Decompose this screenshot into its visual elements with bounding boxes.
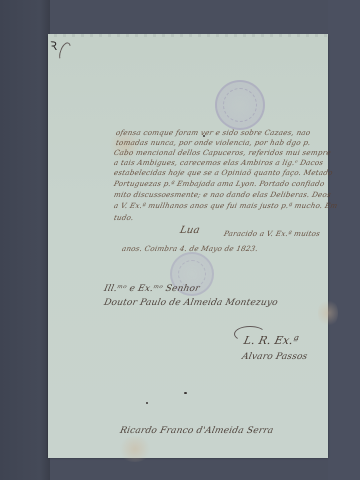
body-line: a tais Ambigues, carecemos elas Ambiros … [113, 158, 324, 167]
place-date-line: anos. Coimbra 4. de Mayo de 1823. [121, 244, 259, 253]
background-left-band [0, 0, 50, 480]
body-line: mito discussoesmente; e nao dando elas D… [113, 190, 332, 199]
signature-name: Alvaro Passos [241, 352, 308, 362]
corner-flourish-icon [57, 41, 73, 63]
closing-salutation: Lua [179, 225, 201, 236]
manuscript-page: Ꝛ ofensa comque foram ver e sido sobre C… [48, 36, 328, 458]
archive-stamp-top [215, 80, 265, 130]
paper-stain [318, 298, 338, 328]
background-right-band [328, 0, 360, 480]
ink-speck [184, 392, 187, 394]
paper-stain [118, 436, 152, 462]
ink-speck [146, 402, 148, 404]
signature-flourish-icon [234, 326, 266, 342]
body-line: estabelecidas hoje que se a Opiniaõ quan… [113, 168, 334, 177]
body-line: Portuguezas p.ª Embajada ama Lyon. Porta… [113, 179, 325, 188]
footer-name: Ricardo Franco d'Almeida Serra [119, 426, 274, 436]
addressee-name: Doutor Paulo de Almeida Montezuyo [103, 298, 279, 308]
body-line: ofensa comque foram ver e sido sobre Caz… [115, 128, 311, 137]
body-line: a V. Ex.ª mullhanos anos que fui mais ju… [113, 201, 338, 210]
addressee-title: Ill.ᵐᵒ e Ex.ᵐᵒ Senhor [103, 284, 201, 294]
corner-mark: Ꝛ [50, 40, 57, 52]
body-line: tomadas nunca, por onde violencia, por h… [115, 138, 312, 147]
closing-line: Paracido a V. Ex.ª muitos [223, 229, 321, 238]
stamp-inner-ring [223, 88, 257, 122]
body-line: Cabo mencional dellos Capuceros, referid… [113, 148, 332, 157]
body-line: tudo. [113, 213, 135, 222]
